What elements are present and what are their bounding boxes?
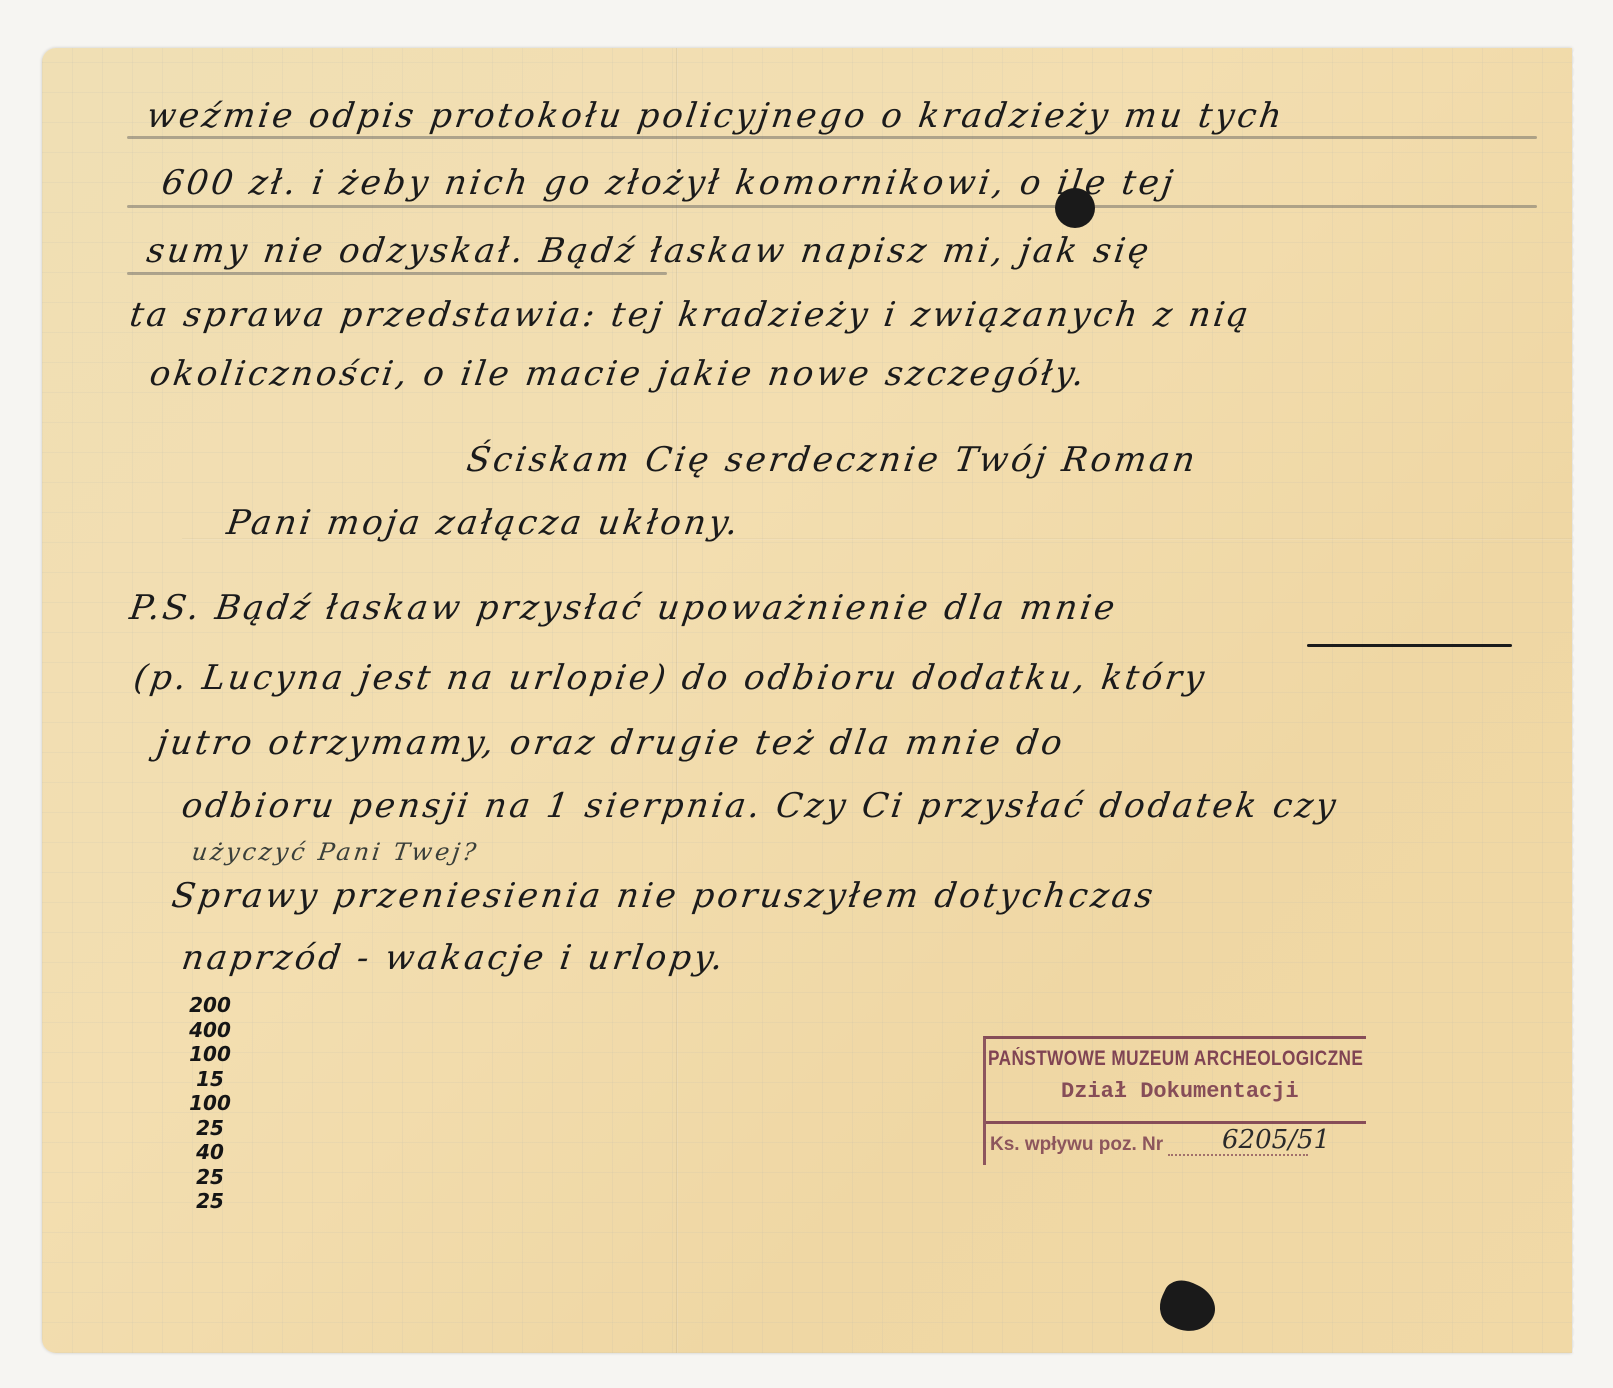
postscript-line-4: odbioru pensji na 1 sierpnia. Czy Ci prz… <box>179 786 1341 826</box>
letter-greeting-line: Pani moja załącza ukłony. <box>224 503 743 543</box>
margin-number: 25 <box>175 1189 245 1214</box>
stamp-divider <box>986 1121 1366 1124</box>
margin-number: 100 <box>175 1091 245 1116</box>
margin-number-column: 200 400 100 15 100 25 40 25 25 <box>175 993 245 1214</box>
letter-closing: Ściskam Cię serdecznie Twój Roman <box>464 440 1200 480</box>
postscript-line-2: (p. Lucyna jest na urlopie) do odbioru d… <box>131 658 1209 698</box>
stamp-entry-number: 6205/51 <box>1222 1125 1330 1155</box>
postscript-line-1: P.S. Bądź łaskaw przysłać upoważnienie d… <box>127 588 1120 628</box>
interlinear-note: użyczyć Pani Twej? <box>190 838 481 866</box>
letter-line-4: ta sprawa przedstawia: tej kradzieży i z… <box>127 295 1253 335</box>
punch-hole <box>1055 188 1095 228</box>
margin-number: 100 <box>175 1042 245 1067</box>
pencil-rule-2 <box>127 205 1537 208</box>
stamp-department: Dział Dokumentacji <box>1061 1079 1299 1104</box>
stamp-entry-label-text: Ks. wpływu poz. Nr <box>990 1134 1163 1155</box>
margin-number: 400 <box>175 1018 245 1043</box>
letter-line-2: 600 zł. i żeby nich go złożył komornikow… <box>159 163 1178 203</box>
letter-line-5: okoliczności, o ile macie jakie nowe szc… <box>147 354 1089 394</box>
margin-number: 40 <box>175 1140 245 1165</box>
postscript-line-5: Sprawy przeniesienia nie poruszyłem doty… <box>169 876 1158 916</box>
postscript-line-3: jutro otrzymamy, oraz drugie też dla mni… <box>154 723 1067 763</box>
margin-number: 25 <box>175 1165 245 1190</box>
stamp-title: PAŃSTWOWE MUZEUM ARCHEOLOGICZNE <box>988 1047 1363 1071</box>
postscript-line-6: naprzód - wakacje i urlopy. <box>179 938 728 978</box>
margin-number: 15 <box>175 1067 245 1092</box>
pencil-rule-3 <box>127 272 667 275</box>
pencil-rule-1 <box>127 136 1537 139</box>
ink-blot <box>1152 1274 1222 1341</box>
margin-number: 25 <box>175 1116 245 1141</box>
letter-line-3: sumy nie odzyskał. Bądź łaskaw napisz mi… <box>144 231 1154 271</box>
underline-dla-mnie <box>1307 644 1512 647</box>
margin-number: 200 <box>175 993 245 1018</box>
letter-line-1: weźmie odpis protokołu policyjnego o kra… <box>144 96 1287 136</box>
